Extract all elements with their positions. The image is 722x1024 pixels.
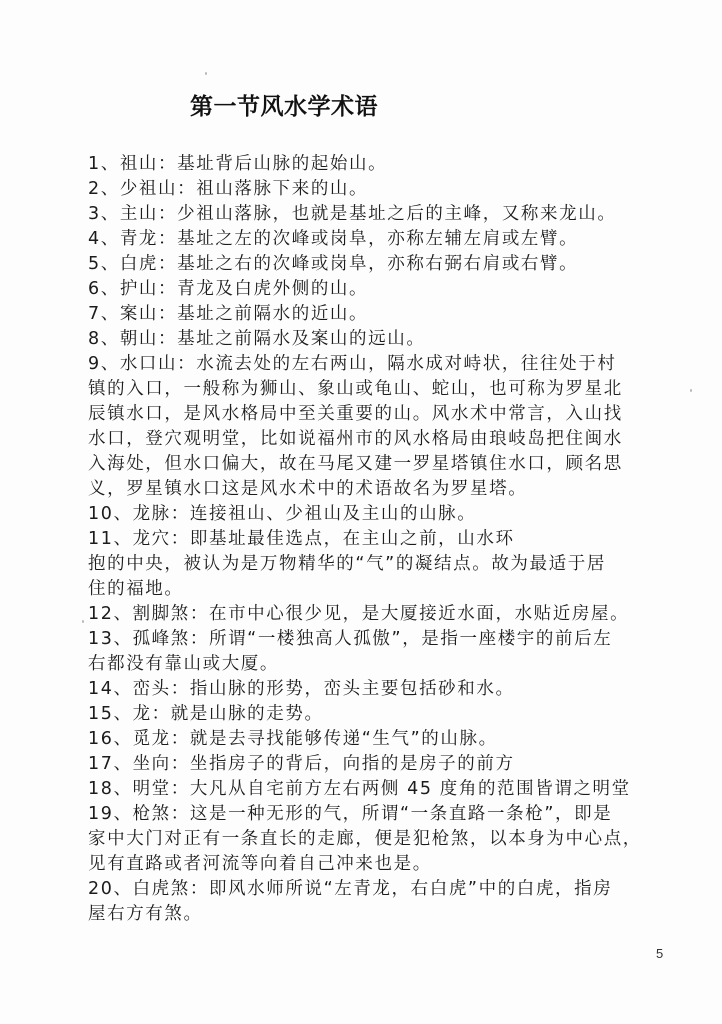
text-line: 家中大门对正有一条直长的走廊，便是犯枪煞，以本身为中心点， [88, 827, 648, 852]
text-line: 见有直路或者河流等向着自己冲来也是。 [88, 852, 648, 877]
text-line: 5、白虎：基址之右的次峰或岗阜，亦称右弼右肩或右臂。 [88, 252, 648, 277]
text-line: 辰镇水口，是风水格局中至关重要的山。风水术中常言，入山找 [88, 402, 648, 427]
text-line: 19、枪煞：这是一种无形的气，所谓“一条直路一条枪”，即是 [88, 802, 648, 827]
page-number: 5 [656, 946, 663, 961]
text-line: 10、龙脉：连接祖山、少祖山及主山的山脉。 [88, 502, 648, 527]
text-line: 屋右方有煞。 [88, 902, 648, 927]
text-line: 义，罗星镇水口这是风水术中的术语故名为罗星塔。 [88, 477, 648, 502]
text-line: 18、明堂：大凡从自宅前方左右两侧 45 度角的范围皆谓之明堂 [88, 777, 648, 802]
text-line: 13、孤峰煞：所谓“一楼独高人孤傲”，是指一座楼宇的前后左 [88, 627, 648, 652]
text-line: 2、少祖山：祖山落脉下来的山。 [88, 177, 648, 202]
text-line: 11、龙穴：即基址最佳选点，在主山之前，山水环 [88, 527, 648, 552]
text-line: 右都没有靠山或大厦。 [88, 652, 648, 677]
text-line: 住的福地。 [88, 577, 648, 602]
document-page: 第一节风水学术语 1、祖山：基址背后山脉的起始山。 2、少祖山：祖山落脉下来的山… [0, 0, 722, 1024]
scan-speck [205, 72, 207, 75]
text-line: 镇的入口，一般称为狮山、象山或龟山、蛇山，也可称为罗星北 [88, 377, 648, 402]
glossary-body: 1、祖山：基址背后山脉的起始山。 2、少祖山：祖山落脉下来的山。 3、主山：少祖… [88, 152, 648, 927]
text-line: 水口，登穴观明堂，比如说福州市的风水格局由琅岐岛把住闽水 [88, 427, 648, 452]
text-line: 17、坐向：坐指房子的背后，向指的是房子的前方 [88, 752, 648, 777]
section-title: 第一节风水学术语 [190, 88, 378, 121]
text-line: 1、祖山：基址背后山脉的起始山。 [88, 152, 648, 177]
text-line: 20、白虎煞：即风水师所说“左青龙，右白虎”中的白虎，指房 [88, 877, 648, 902]
text-line: 6、护山：青龙及白虎外侧的山。 [88, 277, 648, 302]
scan-speck [82, 620, 84, 623]
text-line: 14、峦头：指山脉的形势，峦头主要包括砂和水。 [88, 677, 648, 702]
text-line: 7、案山：基址之前隔水的近山。 [88, 302, 648, 327]
text-line: 抱的中央，被认为是万物精华的“气”的凝结点。故为最适于居 [88, 552, 648, 577]
text-line: 3、主山：少祖山落脉，也就是基址之后的主峰，又称来龙山。 [88, 202, 648, 227]
text-line: 9、水口山：水流去处的左右两山，隔水成对峙状，往往处于村 [88, 352, 648, 377]
text-line: 16、觅龙：就是去寻找能够传递“生气”的山脉。 [88, 727, 648, 752]
text-line: 入海处，但水口偏大，故在马尾又建一罗星塔镇住水口，顾名思 [88, 452, 648, 477]
text-line: 8、朝山：基址之前隔水及案山的远山。 [88, 327, 648, 352]
text-line: 12、割脚煞：在市中心很少见，是大厦接近水面，水贴近房屋。 [88, 602, 648, 627]
text-line: 15、龙：就是山脉的走势。 [88, 702, 648, 727]
text-line: 4、青龙：基址之左的次峰或岗阜，亦称左辅左肩或左臂。 [88, 227, 648, 252]
scan-speck [690, 389, 692, 392]
